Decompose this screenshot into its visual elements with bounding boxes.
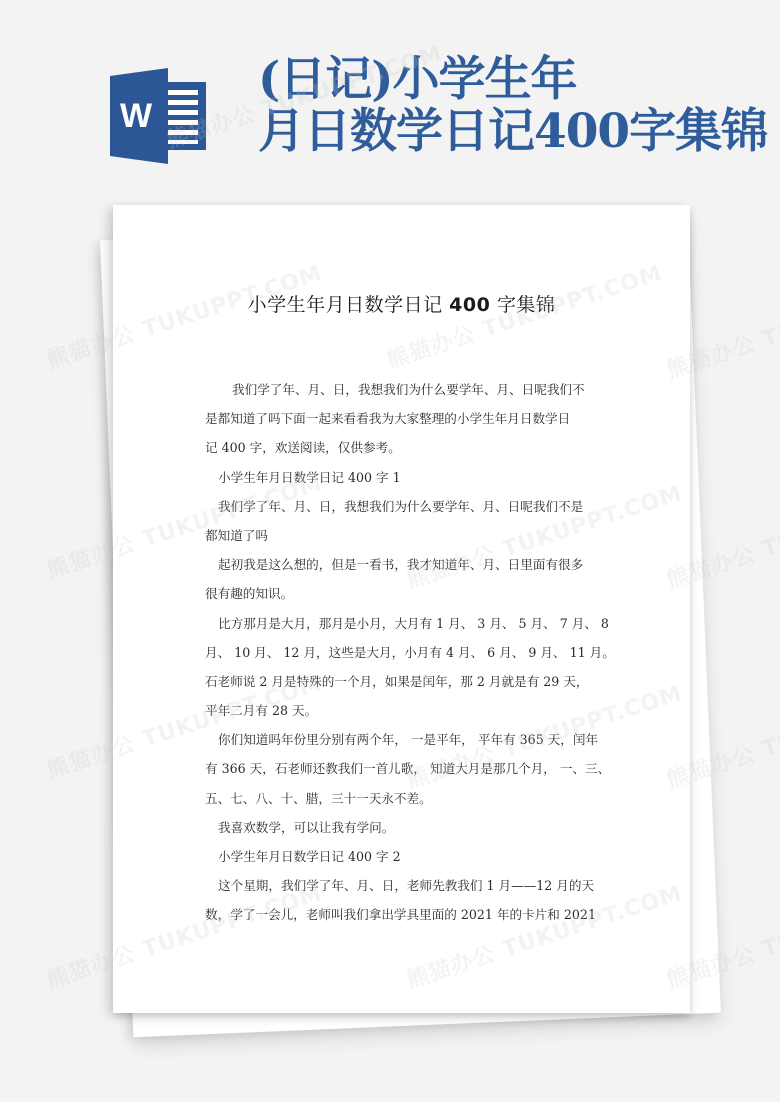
document-line: 有 366 天，石老师还教我们一首儿歌， 知道大月是那几个月， 一、三、 [205, 754, 605, 783]
document-line: 石老师说 2 月是特殊的一个月，如果是闰年，那 2 月就是有 29 天， [205, 667, 605, 696]
document-line: 平年二月有 28 天。 [205, 696, 605, 725]
document-title: 小学生年月日数学日记 400 字集锦 [113, 290, 690, 317]
title-line-2: 月日数学日记400字集锦 [258, 106, 767, 158]
document-line: 很有趣的知识。 [205, 579, 605, 608]
document-line: 比方那月是大月，那月是小月，大月有 1 月、 3 月、 5 月、 7 月、 8 [205, 609, 605, 638]
document-line: 我们学了年、月、日，我想我们为什么要学年、月、日呢我们不 [205, 375, 605, 404]
document-page: 小学生年月日数学日记 400 字集锦 我们学了年、月、日，我想我们为什么要学年、… [113, 205, 690, 1013]
page-title: (日记)小学生年 月日数学日记400字集锦 [258, 54, 767, 158]
document-line: 月、 10 月、 12 月，这些是大月，小月有 4 月、 6 月、 9 月、 1… [205, 638, 605, 667]
document-line: 我喜欢数学，可以让我有学问。 [205, 813, 605, 842]
document-line: 小学生年月日数学日记 400 字 1 [205, 463, 605, 492]
document-line: 小学生年月日数学日记 400 字 2 [205, 842, 605, 871]
document-body: 我们学了年、月、日，我想我们为什么要学年、月、日呢我们不是都知道了吗下面一起来看… [205, 375, 605, 930]
document-line: 数，学了一会儿，老师叫我们拿出学具里面的 2021 年的卡片和 2021 [205, 900, 605, 929]
document-line: 起初我是这么想的，但是一看书，我才知道年、月、日里面有很多 [205, 550, 605, 579]
word-document-icon: W [108, 68, 210, 164]
document-line: 你们知道吗年份里分别有两个年， 一是平年， 平年有 365 天，闰年 [205, 725, 605, 754]
document-line: 五、七、八、十、腊，三十一天永不差。 [205, 784, 605, 813]
document-line: 我们学了年、月、日，我想我们为什么要学年、月、日呢我们不是 [205, 492, 605, 521]
svg-text:W: W [120, 97, 153, 135]
document-line: 是都知道了吗下面一起来看看我为大家整理的小学生年月日数学日 [205, 404, 605, 433]
title-line-1: (日记)小学生年 [258, 54, 767, 106]
document-line: 都知道了吗 [205, 521, 605, 550]
document-line: 记 400 字，欢送阅读，仅供参考。 [205, 433, 605, 462]
document-line: 这个星期，我们学了年、月、日，老师先教我们 1 月——12 月的天 [205, 871, 605, 900]
